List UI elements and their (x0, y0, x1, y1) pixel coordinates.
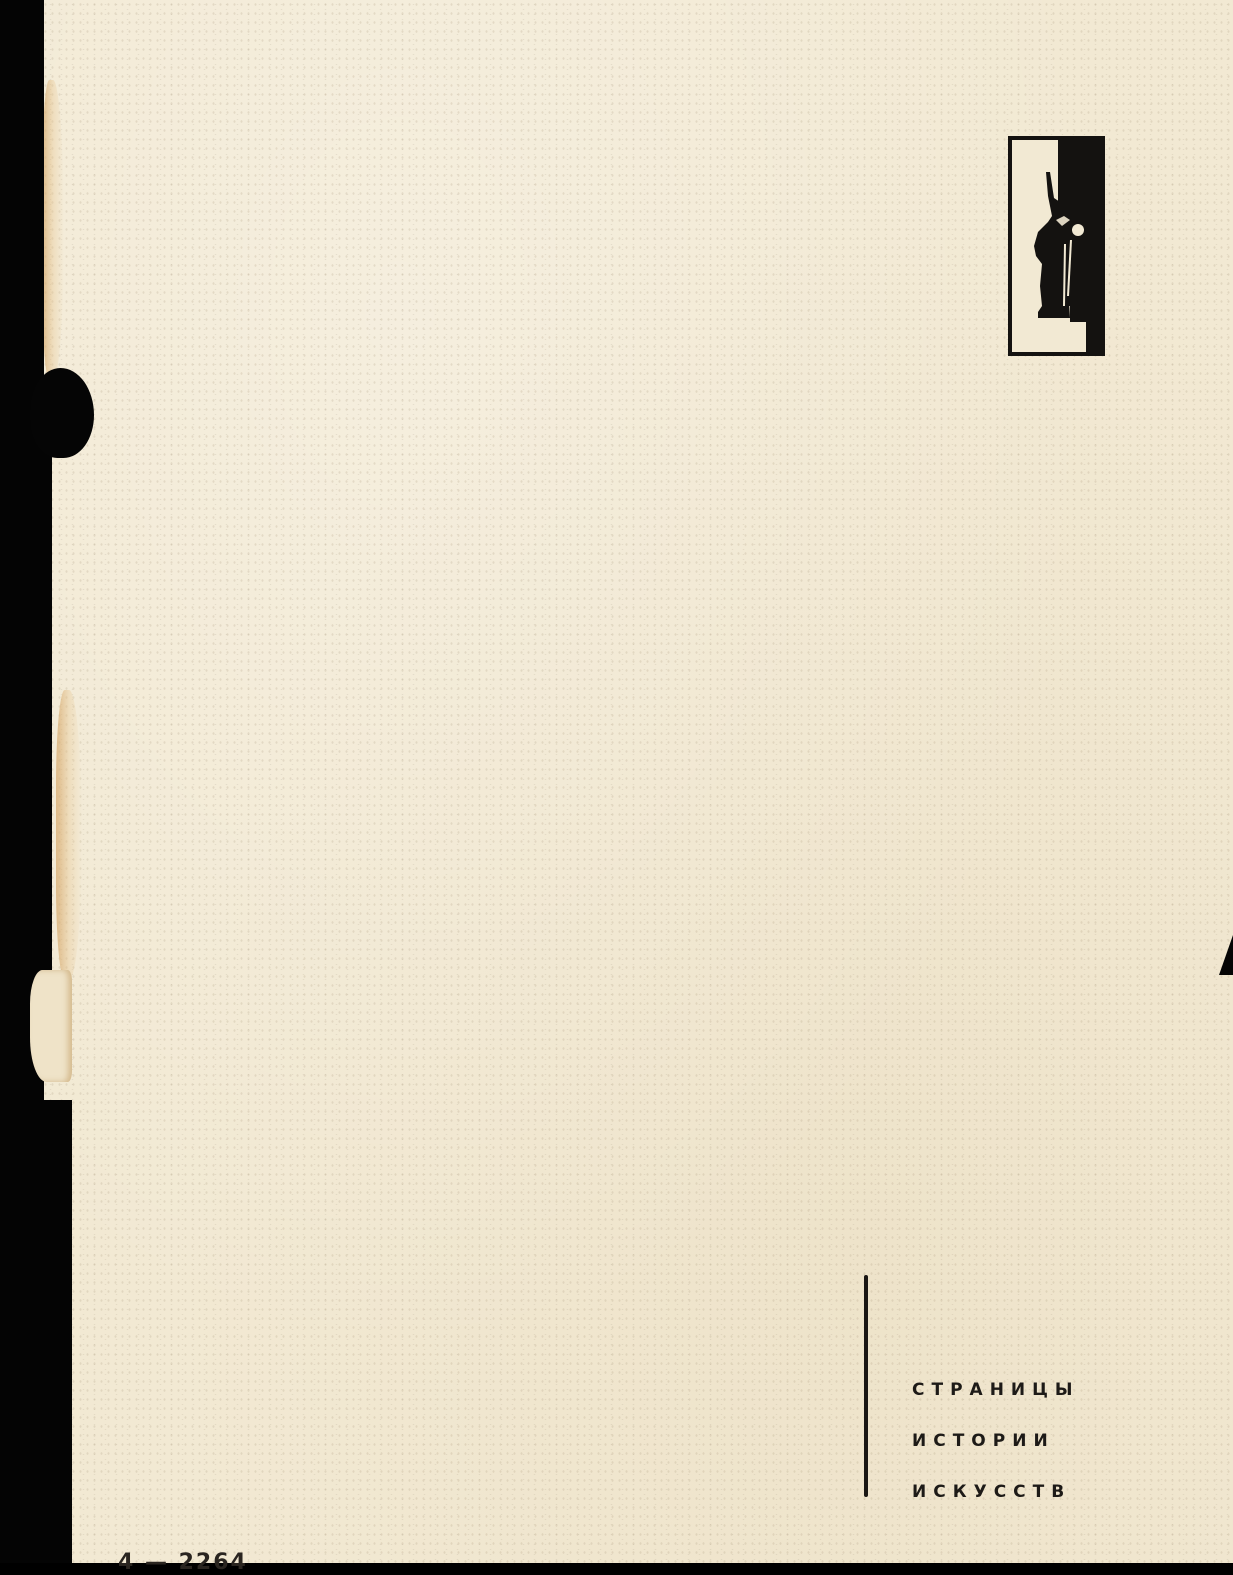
footer-print-code: 4 — 2264 (118, 1550, 248, 1563)
monument-emblem (1008, 136, 1105, 356)
series-line-1: СТРАНИЦЫ (912, 1365, 1080, 1416)
page-tear (1219, 935, 1233, 975)
torn-edge (30, 368, 94, 458)
edge-stain (56, 690, 82, 980)
series-line-2: ИСТОРИИ (912, 1416, 1080, 1467)
scan-background: СТРАНИЦЫ ИСТОРИИ ИСКУССТВ 4 — 2264 (0, 0, 1233, 1563)
edge-stain (42, 80, 64, 380)
binding-shadow (0, 450, 52, 970)
series-line-3: ИСКУССТВ (912, 1467, 1080, 1518)
series-title: СТРАНИЦЫ ИСТОРИИ ИСКУССТВ (912, 1365, 1080, 1518)
vertical-rule (864, 1275, 868, 1497)
binding-shadow (0, 1100, 72, 1563)
monument-statue-icon (1008, 136, 1105, 356)
tape-residue (30, 970, 72, 1082)
